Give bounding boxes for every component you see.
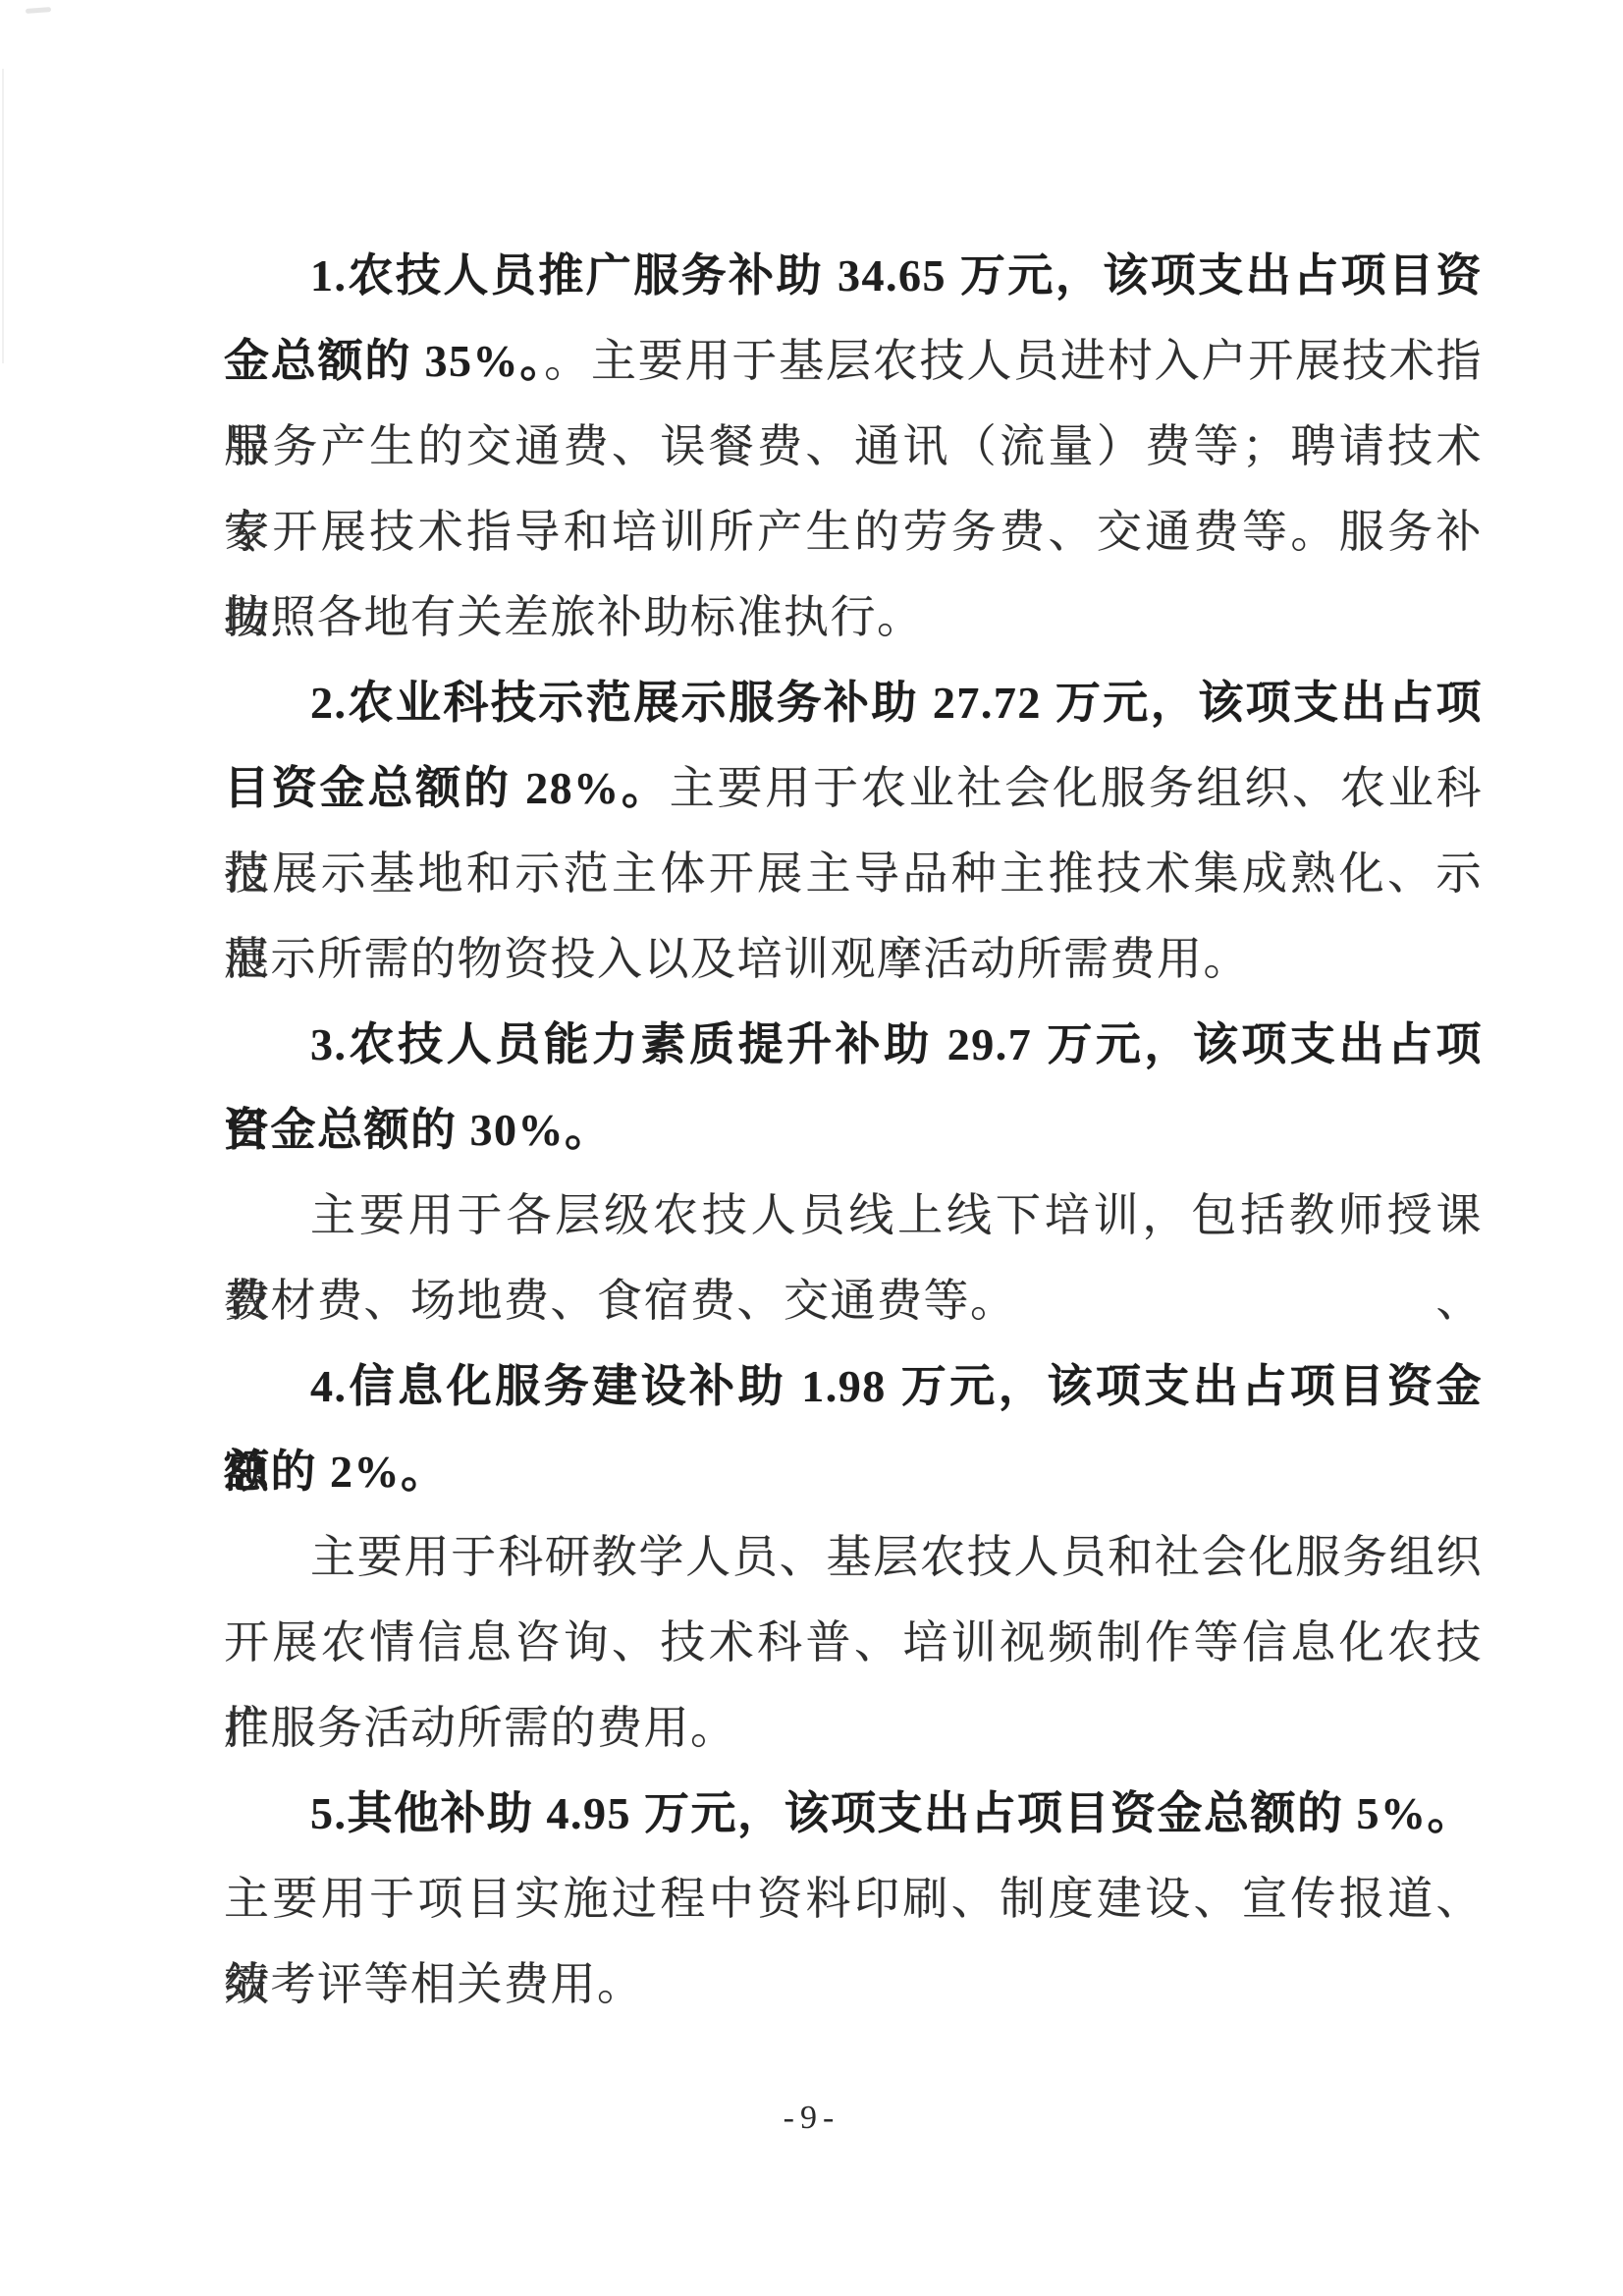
scan-artifact [26,7,51,14]
text-line: 4.信息化服务建设补助 1.98 万元，该项支出占项目资金总 [224,1343,1483,1429]
heading-text: 金总额的 35%。 [224,336,544,386]
text-line: 5.其他补助 4.95 万元，该项支出占项目资金总额的 5%。 [224,1771,1483,1856]
body-text: 按照各地有关差旅补助标准执行。 [224,592,924,642]
text-line: 2.农业科技示范展示服务补助 27.72 万元，该项支出占项 [224,660,1483,745]
heading-text: 目资金总额的 28%。 [224,763,670,813]
text-line: 家开展技术指导和培训所产生的劳务费、交通费等。服务补助 [224,489,1483,574]
body-text: 主要用于科研教学人员、基层农技人员和社会化服务组织 [310,1532,1483,1582]
text-line: 开展农情信息咨询、技术科普、培训视频制作等信息化农技推 [224,1600,1483,1685]
document-body: 1.农技人员推广服务补助 34.65 万元，该项支出占项目资金总额的 35%。。… [224,233,1483,2027]
heading-text: 5.其他补助 4.95 万元，该项支出占项目资金总额的 5%。 [310,1788,1474,1838]
text-line: 主要用于项目实施过程中资料印刷、制度建设、宣传报道、绩 [224,1856,1483,1941]
body-text: 展示所需的物资投入以及培训观摩活动所需费用。 [224,934,1250,984]
text-line: 3.农技人员能力素质提升补助 29.7 万元，该项支出占项目 [224,1002,1483,1087]
document-page: 1.农技人员推广服务补助 34.65 万元，该项支出占项目资金总额的 35%。。… [0,0,1623,2296]
heading-text: 1.农技人员推广服务补助 34.65 万元，该项支出占项目资 [310,250,1483,301]
text-line: 目资金总额的 28%。主要用于农业社会化服务组织、农业科技示 [224,745,1483,831]
heading-text: 资金总额的 30%。 [224,1105,612,1155]
text-line: 主要用于各层级农技人员线上线下培训，包括教师授课费、 [224,1173,1483,1258]
text-line: 1.农技人员推广服务补助 34.65 万元，该项支出占项目资 [224,233,1483,318]
heading-text: 额的 2%。 [224,1447,448,1497]
text-line: 展示所需的物资投入以及培训观摩活动所需费用。 [224,916,1483,1002]
text-line: 额的 2%。 [224,1429,1483,1514]
text-line: 效考评等相关费用。 [224,1941,1483,2027]
text-line: 服务产生的交通费、误餐费、通讯（流量）费等；聘请技术专 [224,404,1483,489]
page-number: -9- [0,2100,1623,2137]
text-line: 广服务活动所需的费用。 [224,1685,1483,1771]
text-line: 金总额的 35%。。主要用于基层农技人员进村入户开展技术指导 [224,318,1483,404]
body-text: 广服务活动所需的费用。 [224,1703,737,1753]
body-text: 教材费、场地费、食宿费、交通费等。 [224,1276,1017,1326]
text-line: 主要用于科研教学人员、基层农技人员和社会化服务组织 [224,1514,1483,1600]
heading-text: 2.农业科技示范展示服务补助 27.72 万元，该项支出占项 [310,678,1483,728]
text-line: 资金总额的 30%。 [224,1087,1483,1173]
text-line: 范展示基地和示范主体开展主导品种主推技术集成熟化、示范 [224,831,1483,916]
scan-artifact [2,69,4,363]
text-line: 按照各地有关差旅补助标准执行。 [224,574,1483,660]
body-text: 效考评等相关费用。 [224,1959,644,2009]
